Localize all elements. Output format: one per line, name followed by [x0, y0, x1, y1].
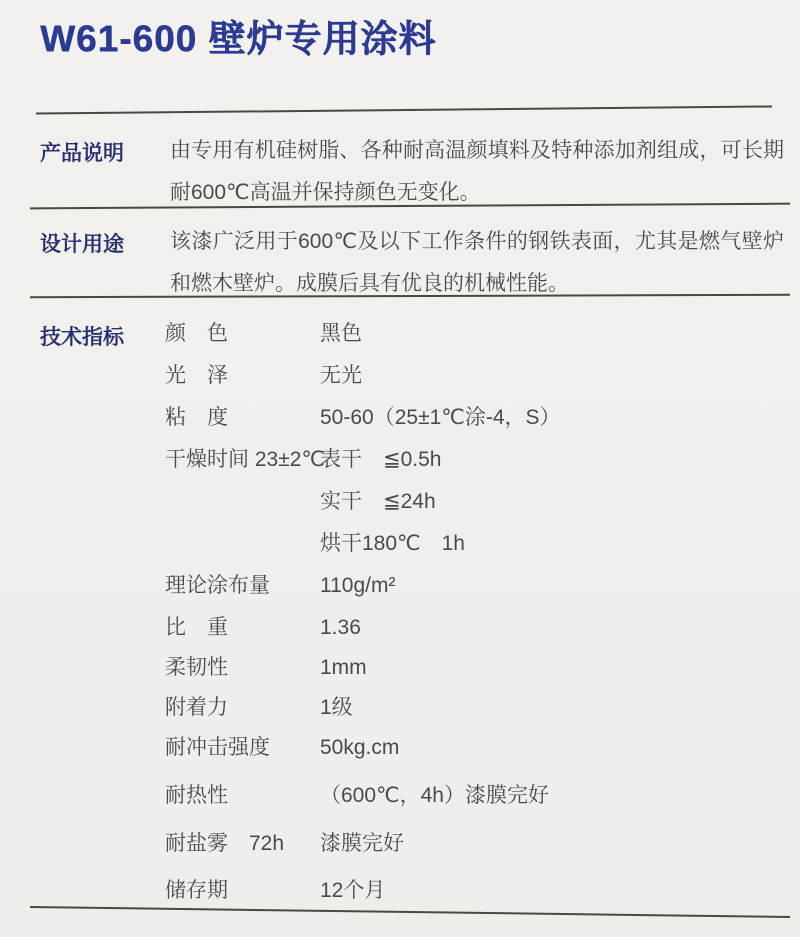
spec-row-impact-resistance: 耐冲击强度 50kg.cm: [0, 736, 800, 784]
spec-row-viscosity: 粘 度 50-60（25±1℃涂-4，S）: [0, 406, 800, 448]
spec-value: 50kg.cm: [320, 736, 399, 760]
spec-row-gloss: 光 泽 无光: [0, 364, 800, 406]
spec-row-adhesion: 附着力 1级: [0, 696, 800, 736]
divider-top: [36, 105, 772, 114]
spec-value: 黑色: [320, 322, 362, 346]
spec-row-drying-time-baked: 烘干180℃ 1h: [0, 532, 800, 574]
spec-name: 储存期: [165, 879, 228, 903]
spec-value: 110g/m²: [320, 574, 395, 598]
spec-table: 颜 色 黑色 光 泽 无光 粘 度 50-60（25±1℃涂-4，S） 干燥时间…: [0, 322, 800, 921]
spec-row-drying-time-surface: 干燥时间 23±2℃ 表干 ≦0.5h: [0, 448, 800, 490]
spec-row-flexibility: 柔韧性 1mm: [0, 656, 800, 696]
spec-value: 实干 ≦24h: [320, 490, 436, 514]
spec-name: 耐冲击强度: [165, 736, 270, 760]
spec-name: 理论涂布量: [165, 574, 270, 598]
spec-value: 表干 ≦0.5h: [320, 448, 441, 472]
spec-row-heat-resistance: 耐热性 （600℃，4h）漆膜完好: [0, 784, 800, 832]
spec-name: 粘 度: [165, 406, 228, 430]
spec-row-color: 颜 色 黑色: [0, 322, 800, 364]
section-text-design-use: 该漆广泛用于600℃及以下工作条件的钢铁表面，尤其是燃气壁炉和燃木壁炉。成膜后具…: [170, 221, 784, 305]
spec-name: 耐热性: [165, 784, 228, 808]
spec-name: 耐盐雾 72h: [165, 832, 284, 856]
page-title: W61-600 壁炉专用涂料: [40, 8, 436, 62]
spec-row-coverage: 理论涂布量 110g/m²: [0, 574, 800, 616]
spec-value: 无光: [320, 364, 362, 388]
section-label-design-use: 设计用途: [40, 228, 124, 258]
spec-value: 1级: [320, 696, 353, 720]
spec-value: 1mm: [320, 656, 367, 680]
spec-name: 柔韧性: [165, 656, 228, 680]
spec-name: 附着力: [165, 696, 228, 720]
spec-value: （600℃，4h）漆膜完好: [320, 784, 549, 808]
spec-name: 干燥时间 23±2℃: [165, 448, 325, 472]
spec-value: 漆膜完好: [320, 832, 404, 856]
section-label-product-description: 产品说明: [40, 137, 124, 167]
document-page: W61-600 壁炉专用涂料 产品说明 由专用有机硅树脂、各种耐高温颜填料及特种…: [0, 0, 800, 937]
spec-name: 比 重: [165, 616, 228, 640]
spec-value: 50-60（25±1℃涂-4，S）: [320, 406, 561, 430]
spec-row-specific-gravity: 比 重 1.36: [0, 616, 800, 656]
spec-value: 12个月: [320, 879, 385, 903]
spec-row-drying-time-hard: 实干 ≦24h: [0, 490, 800, 532]
section-text-product-description: 由专用有机硅树脂、各种耐高温颜填料及特种添加剂组成，可长期耐600℃高温并保持颜…: [170, 130, 784, 214]
spec-name: 光 泽: [165, 364, 228, 388]
spec-value: 烘干180℃ 1h: [320, 532, 465, 556]
spec-value: 1.36: [320, 616, 361, 640]
spec-row-salt-spray: 耐盐雾 72h 漆膜完好: [0, 832, 800, 879]
spec-name: 颜 色: [165, 322, 228, 346]
